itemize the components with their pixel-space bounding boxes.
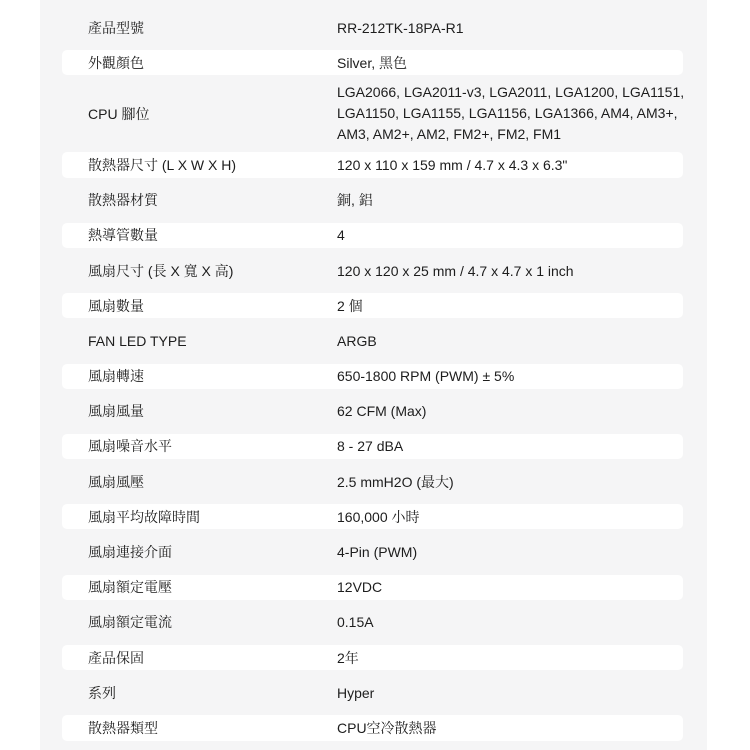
spec-label: 風扇轉速 (88, 367, 337, 385)
spec-label: 風扇連接介面 (88, 543, 337, 561)
spec-label: 散熱器尺寸 (L X W X H) (88, 156, 337, 174)
spec-value: ARGB (337, 332, 707, 350)
spec-value: 12VDC (337, 578, 683, 596)
spec-row: 熱導管數量 4 (62, 223, 683, 248)
spec-row: 散熱器尺寸 (L X W X H) 120 x 110 x 159 mm / 4… (62, 152, 683, 177)
spec-label: 熱導管數量 (88, 226, 337, 244)
spec-row: 風扇風壓 2.5 mmH2O (最大) (40, 464, 707, 499)
spec-label: FAN LED TYPE (88, 332, 337, 350)
spec-row: 外觀顏色 Silver, 黑色 (62, 50, 683, 75)
spec-value: 4 (337, 226, 683, 244)
spec-label: 系列 (88, 684, 337, 702)
spec-label: 散熱器材質 (88, 191, 337, 209)
spec-value: 2.5 mmH2O (最大) (337, 473, 707, 491)
spec-row: 風扇平均故障時間 160,000 小時 (62, 504, 683, 529)
spec-row: 風扇噪音水平 8 - 27 dBA (62, 434, 683, 459)
spec-value: RR-212TK-18PA-R1 (337, 19, 707, 37)
spec-label: 產品型號 (88, 19, 337, 37)
spec-value: 銅, 鋁 (337, 191, 707, 209)
spec-row: 散熱器類型 CPU空冷散熱器 (62, 715, 683, 740)
spec-row: 風扇風量 62 CFM (Max) (40, 394, 707, 429)
spec-label: 風扇額定電壓 (88, 578, 337, 596)
spec-row: 風扇額定電流 0.15A (40, 605, 707, 640)
spec-label: 風扇噪音水平 (88, 437, 337, 455)
spec-value: 2年 (337, 649, 683, 667)
spec-row: 風扇連接介面 4-Pin (PWM) (40, 534, 707, 569)
spec-label: 風扇風壓 (88, 473, 337, 491)
spec-row: 風扇尺寸 (長 X 寬 X 高) 120 x 120 x 25 mm / 4.7… (40, 253, 707, 288)
spec-label: 散熱器類型 (88, 719, 337, 737)
spec-label: 風扇風量 (88, 402, 337, 420)
spec-row: 產品保固 2年 (62, 645, 683, 670)
spec-value: 0.15A (337, 613, 707, 631)
spec-row: 散熱器材質 銅, 鋁 (40, 183, 707, 218)
spec-value: 2 個 (337, 297, 683, 315)
spec-label: 風扇尺寸 (長 X 寬 X 高) (88, 262, 337, 280)
spec-value: 650-1800 RPM (PWM) ± 5% (337, 367, 683, 385)
spec-value: Hyper (337, 684, 707, 702)
spec-label: CPU 腳位 (88, 105, 337, 123)
spec-label: 風扇額定電流 (88, 613, 337, 631)
spec-label: 風扇數量 (88, 297, 337, 315)
spec-table-panel: 產品型號 RR-212TK-18PA-R1 外觀顏色 Silver, 黑色 CP… (40, 0, 707, 750)
spec-label: 風扇平均故障時間 (88, 508, 337, 526)
spec-value: 120 x 120 x 25 mm / 4.7 x 4.7 x 1 inch (337, 262, 707, 280)
spec-value: 160,000 小時 (337, 508, 683, 526)
spec-value: 4-Pin (PWM) (337, 543, 707, 561)
spec-row: FAN LED TYPE ARGB (40, 323, 707, 358)
spec-row: CPU 腳位 LGA2066, LGA2011-v3, LGA2011, LGA… (40, 80, 707, 147)
spec-value: CPU空冷散熱器 (337, 719, 683, 737)
spec-row: 風扇轉速 650-1800 RPM (PWM) ± 5% (62, 364, 683, 389)
spec-value: LGA2066, LGA2011-v3, LGA2011, LGA1200, L… (337, 82, 707, 145)
spec-row: 產品型號 RR-212TK-18PA-R1 (40, 10, 707, 45)
spec-label: 產品保固 (88, 649, 337, 667)
spec-row: 系列 Hyper (40, 675, 707, 710)
spec-row: 風扇額定電壓 12VDC (62, 575, 683, 600)
spec-row: 風扇數量 2 個 (62, 293, 683, 318)
spec-value: 8 - 27 dBA (337, 437, 683, 455)
spec-value: 62 CFM (Max) (337, 402, 707, 420)
spec-value: Silver, 黑色 (337, 54, 683, 72)
spec-value: 120 x 110 x 159 mm / 4.7 x 4.3 x 6.3" (337, 156, 683, 174)
spec-label: 外觀顏色 (88, 54, 337, 72)
